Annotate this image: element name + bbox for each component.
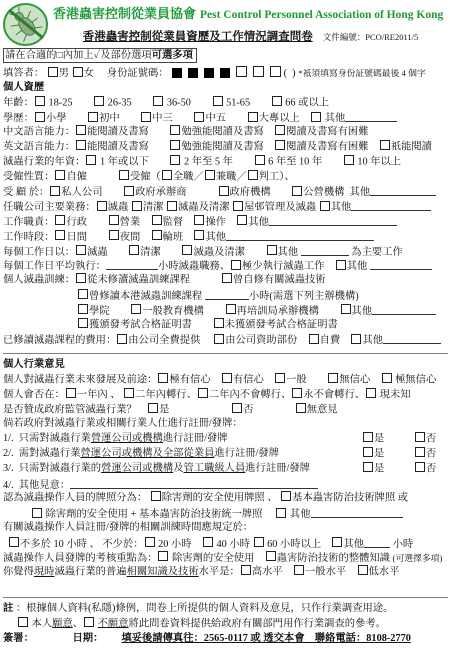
form-row: 你覺得現時滅蟲行業的普遍相關知識及技術水平是：高水平 一般水平 低水平 [3, 565, 448, 580]
label-text: 相關知識及技術 [127, 567, 199, 578]
fill-in-blank[interactable] [106, 258, 158, 270]
checkbox[interactable] [275, 125, 285, 135]
checkbox[interactable] [48, 67, 58, 77]
checkbox[interactable] [117, 334, 127, 344]
fill-in-blank[interactable] [205, 288, 249, 300]
label-text: 否 [426, 463, 436, 474]
checkbox[interactable] [309, 334, 319, 344]
label-text: 是 [374, 448, 384, 459]
checkbox[interactable] [132, 201, 142, 211]
label-text: 小學 [46, 113, 87, 124]
yes-option: 是 [362, 462, 414, 477]
checkbox[interactable] [76, 273, 86, 283]
label-text: 清潔 [143, 202, 166, 213]
checkbox[interactable] [233, 201, 243, 211]
checkbox[interactable] [153, 96, 163, 106]
label-text: 是 [374, 463, 384, 474]
label-text: 極有信心 [169, 374, 220, 385]
checkbox[interactable] [281, 491, 291, 501]
section-divider [3, 353, 448, 354]
label-text: 個人滅蟲訓練： [3, 275, 75, 286]
label-text: 有信心 [233, 374, 274, 385]
checkbox[interactable] [109, 215, 119, 225]
label-text: 已修讀滅蟲課程的費用： [3, 335, 116, 346]
label-text: 、 [73, 618, 83, 629]
checkbox[interactable] [296, 403, 306, 413]
id-digit-box-filled [220, 68, 230, 78]
checkbox[interactable] [292, 186, 302, 196]
fill-in-blank[interactable] [370, 184, 436, 196]
instruction-bold-text: 可選多項 [152, 50, 193, 61]
label-text: 獲頒發考試合格証明書 [89, 319, 213, 330]
checkbox[interactable] [198, 388, 208, 398]
label-text: 全職／ [173, 171, 204, 182]
label-text: 20 小時 [156, 539, 202, 550]
checkbox[interactable] [214, 334, 224, 344]
checkbox[interactable] [382, 373, 392, 383]
label-text: 一般水平 [305, 567, 356, 578]
fill-in-blank[interactable] [311, 506, 403, 518]
checkbox[interactable] [162, 170, 172, 180]
label-text: *衹須填寫身份証號碼最後 4 個字 [298, 68, 426, 78]
form-row: 個人行業意見 [3, 358, 448, 373]
form-row: 學院 一般教育機構 再培訓局承辦機構 其他 [3, 303, 448, 318]
checkbox[interactable] [328, 373, 338, 383]
form-row: 是否贊成政府監管滅蟲行業？ 是 否 無意見 [3, 403, 448, 418]
label-text: 51-65 [224, 97, 271, 108]
label-text: 你覺得 [3, 567, 34, 578]
label-text: 二年內不會轉行、 [209, 389, 291, 400]
label-text: 小時 [390, 539, 413, 550]
checkbox[interactable] [66, 388, 76, 398]
checkbox[interactable] [119, 170, 129, 180]
label-text: 其他 [205, 232, 226, 243]
label-text: 水平是： [199, 567, 240, 578]
label-text: 現未知 [377, 389, 410, 400]
form-row: 不多於 10 小時 、 不少於： 20 小時 40 小時 60 小時以上 其他 … [3, 536, 448, 551]
checkbox[interactable] [182, 245, 192, 255]
fill-in-blank[interactable] [269, 214, 397, 226]
label-text: 滅蟲 [87, 247, 128, 258]
question-text: 1/. 只需對滅蟲行業營運公司或機構進行註冊/發牌 [3, 432, 228, 447]
insect-icon [3, 3, 49, 47]
checkbox[interactable] [380, 140, 390, 150]
header: 香港蟲害控制從業員協會Pest Control Personnel Associ… [3, 2, 448, 63]
label-text: 任職公司主要業務： [3, 202, 96, 213]
label-text: 願意 [52, 618, 73, 629]
checkbox[interactable] [97, 201, 107, 211]
checkbox[interactable] [32, 508, 42, 518]
label-text: 工作職責： [3, 217, 54, 228]
label-text: 勉強能閱讀及書寫 [181, 141, 274, 152]
label-text: 個人會否在： [3, 389, 65, 400]
checkbox[interactable] [73, 67, 83, 77]
checkbox[interactable] [311, 112, 321, 122]
checkbox[interactable] [219, 186, 229, 196]
label-text: 除害劑的安全使用牌照 、 [162, 493, 280, 504]
checkbox[interactable] [213, 96, 223, 106]
label-text: 再培訓局承辦機構 [237, 306, 340, 317]
checkbox[interactable] [358, 565, 368, 575]
form-body: 填答者： 男 女 身份証號碼：( ) *衹須填寫身份証號碼最後 4 個字個人資歷… [3, 66, 448, 646]
id-digit-box-filled [204, 68, 214, 78]
checkbox[interactable] [231, 260, 241, 270]
form-row: 2/. 需對滅蟲行業營運公司或機構及全部從業員進行註冊/發牌是否 [3, 447, 448, 462]
checkbox[interactable] [94, 96, 104, 106]
checkbox[interactable] [78, 289, 88, 299]
label-text: 祇能閱讀 [391, 141, 432, 152]
label-text: 極少執行滅蟲工作 [242, 261, 335, 272]
form-row: 工作時段：日間 夜間 輪班 其他 [3, 229, 448, 244]
label-text: 無信心 [339, 374, 380, 385]
checkbox[interactable] [205, 170, 215, 180]
checkbox[interactable] [275, 373, 285, 383]
checkbox[interactable] [276, 508, 286, 518]
label-text: 私人公司 [61, 187, 123, 198]
doc-number: 文件編號：PCO/RE2011/5 [323, 32, 419, 42]
checkbox[interactable] [86, 155, 96, 165]
label-text: ( ) [284, 68, 299, 79]
spacer [3, 580, 448, 591]
label-text: 簽署： [3, 633, 29, 644]
label-text: 永不會轉行、 [303, 389, 365, 400]
label-text: 為主要工作 [349, 247, 403, 258]
checkbox[interactable] [363, 432, 373, 442]
label-text: 進行註冊/發牌 [214, 448, 279, 459]
checkbox[interactable] [248, 170, 258, 180]
label-text: 大專以上 [259, 113, 310, 124]
form-row: 簽署： 日期： 填妥後請傳真往：2565-0117 或 透交本會 聯絡電話：81… [3, 632, 448, 647]
checkbox[interactable] [214, 318, 224, 328]
form-row: 受 顧 於：私人公司 政府承辦商 政府機構 公營機構 其他 [3, 184, 448, 199]
checkbox[interactable] [78, 318, 88, 328]
label-text: 曾修讀本港滅蟲訓練課程 [89, 291, 205, 302]
fill-in-blank[interactable] [383, 332, 441, 344]
label-text: 有關滅蟲操作人員註冊/發牌的相關訓練時間應規定於： [3, 522, 253, 533]
label-text: 除害劑的安全使用 + 基本蟲害防治技術統一牌照 [43, 509, 275, 520]
checkbox[interactable] [9, 537, 19, 547]
label-text: 是 [374, 434, 384, 445]
label-text: 年齡： [3, 97, 34, 108]
checkbox[interactable] [76, 140, 86, 150]
label-text: 個人資歷 [3, 82, 44, 93]
id-digit-box-filled [172, 68, 182, 78]
checkbox[interactable] [50, 186, 60, 196]
label-text: 受 顧 於： [3, 187, 49, 198]
checkbox[interactable] [254, 537, 264, 547]
checkbox[interactable] [266, 551, 276, 561]
label-text: 操作 [205, 217, 236, 228]
fill-in-blank[interactable] [372, 303, 436, 315]
label-text: 曾自修有關滅蟲技術 [233, 275, 326, 286]
label-text: 小時(需選下列主辦機構) [249, 291, 359, 302]
label-text: 受僱性質： [3, 171, 54, 182]
label-text: 管工職級人員 [183, 463, 245, 474]
label-text: 其他 [343, 539, 364, 550]
label-text: 其他 [352, 306, 373, 317]
form-row: 3/. 只需對滅蟲行業的營運公司或機構及管工職級人員進行註冊/發牌是否 [3, 462, 448, 477]
label-text: 日期： [73, 633, 99, 644]
page-title: 香港蟲害控制從業員資歷及工作情況調查問卷 [83, 31, 313, 43]
checkbox[interactable] [152, 230, 162, 240]
checkbox[interactable] [18, 617, 28, 627]
checkbox[interactable] [194, 215, 204, 225]
label-text: 中五 [205, 113, 246, 124]
label-text: 60 小時以上 [265, 539, 332, 550]
label-text: 否 [426, 434, 436, 445]
checkbox[interactable] [148, 403, 158, 413]
id-digit-box[interactable] [270, 66, 281, 77]
form-row: 個人對滅蟲行業未來發展及前途：極有信心 有信心 一般 無信心 極無信心 [3, 373, 448, 388]
label-text: 個人行業意見 [3, 359, 65, 370]
label-text: 行政 [66, 217, 107, 228]
label-text: 自僱 [66, 171, 117, 182]
label-text: 兼職／ [216, 171, 247, 182]
label-text: 36-50 [164, 97, 211, 108]
form-row: 滅蟲行業的年資： 1 年或以下 2 年至 5 年 6 年至 10 年 10 年以… [3, 155, 448, 170]
checkbox[interactable] [55, 230, 65, 240]
label-text: 輪班 [163, 232, 194, 243]
label-text: 填妥後請傳真往：2565-0117 或 透交本會 聯絡電話：8108-2770 [121, 633, 410, 644]
checkbox[interactable] [336, 260, 346, 270]
label-text: 男 [59, 68, 72, 79]
label-text: 政府承辦商 [135, 187, 217, 198]
label-text: 其他 [287, 509, 310, 520]
org-name-zh: 香港蟲害控制從業員協會 [53, 6, 196, 21]
question-text: 3/. 只需對滅蟲行業的營運公司或機構及管工職級人員進行註冊/發牌 [3, 462, 310, 477]
fill-in-blank[interactable] [70, 477, 318, 489]
label-text: 1/. 只需對滅蟲行業 [3, 433, 91, 444]
label-text: 進行註冊/發牌 [163, 433, 228, 444]
label-text: 其他 [278, 247, 301, 258]
checkbox[interactable] [152, 215, 162, 225]
label-text: 由公司全費提供 [128, 335, 213, 346]
form-row: 英文語言能力：能閱讀及書寫 勉強能閱讀及書寫 閱讀及書寫有困難 祇能閱讀 [3, 140, 448, 155]
label-text: 一般 [286, 374, 327, 385]
form-row: 每個工作日平均執行：小時滅蟲職務、極少執行滅蟲工作 其他 [3, 258, 448, 273]
label-text: 填答者： [3, 68, 47, 79]
label-text: 基本蟲害防治技術牌照 或 [292, 493, 408, 504]
form-row: 4/. 其他見意： [3, 477, 448, 492]
form-row: 年齡： 18-25 26-35 36-50 51-65 66 或以上 [3, 96, 448, 111]
checkbox[interactable] [267, 245, 277, 255]
label-text: 倘若政府對滅蟲行業或相關行業人仕進行註冊/發牌： [3, 418, 243, 429]
checkbox[interactable] [129, 245, 139, 255]
form-row: 有關滅蟲操作人員註冊/發牌的相關訓練時間應規定於： [3, 521, 448, 536]
label-text: 每個工作日平均執行： [3, 261, 106, 272]
form-row: 工作職責：行政 營業 監督 操作 其他 [3, 214, 448, 229]
checkbox[interactable] [203, 537, 213, 547]
label-text: 工作時段： [3, 232, 54, 243]
label-text: 無意見 [307, 404, 338, 415]
form-row: 學歷：小學 初中 中三 中五 大專以上 其他 [3, 110, 448, 125]
label-text: 除害劑的安全使用 [169, 553, 264, 564]
checkbox[interactable] [78, 304, 88, 314]
label-text: 其他 [347, 261, 370, 272]
form-row: 1/. 只需對滅蟲行業營運公司或機構進行註冊/發牌是否 [3, 432, 448, 447]
checkbox[interactable] [341, 304, 351, 314]
checkbox[interactable] [158, 373, 168, 383]
label-text: 低水平 [369, 567, 400, 578]
fill-in-blank[interactable] [364, 536, 390, 548]
label-text: 學歷： [3, 113, 34, 124]
org-name-line: 香港蟲害控制從業員協會Pest Control Personnel Associ… [53, 2, 448, 23]
label-text: 3/. 只需對滅蟲行業的 [3, 463, 101, 474]
checkbox[interactable] [415, 432, 425, 442]
label-text: 每個工作日以： [3, 247, 75, 258]
checkbox[interactable] [151, 491, 161, 501]
label-text: 營運公司或機構 [91, 433, 163, 444]
checkbox[interactable] [241, 565, 251, 575]
label-text: 2/. 需對滅蟲行業 [3, 448, 81, 459]
checkbox[interactable] [248, 112, 258, 122]
checkbox[interactable] [363, 447, 373, 457]
label-text: 是否贊成政府監管滅蟲行業？ [3, 404, 147, 415]
label-text: 夜間 [120, 232, 151, 243]
label-text: 其他 [331, 202, 352, 213]
checkbox[interactable] [292, 388, 302, 398]
label-text: 營運公司或機構 [101, 463, 173, 474]
form-row: 填答者： 男 女 身份証號碼：( ) *衹須填寫身份証號碼最後 4 個字 [3, 66, 448, 81]
fill-in-blank[interactable] [301, 244, 349, 256]
checkbox[interactable] [88, 112, 98, 122]
fill-in-blank[interactable] [370, 258, 432, 270]
checkbox[interactable] [320, 201, 330, 211]
checkbox[interactable] [124, 388, 134, 398]
org-name-en: Pest Control Personnel Association of Ho… [200, 9, 443, 21]
checkbox[interactable] [194, 230, 204, 240]
fill-in-blank[interactable] [345, 110, 397, 122]
questionnaire-page: 香港蟲害控制從業員協會Pest Control Personnel Associ… [3, 2, 448, 646]
checkbox[interactable] [76, 125, 86, 135]
checkbox[interactable] [255, 155, 265, 165]
fill-in-blank[interactable] [226, 229, 374, 241]
label-text: 26-35 [105, 97, 152, 108]
checkbox[interactable] [226, 304, 236, 314]
checkbox[interactable] [222, 373, 232, 383]
checkbox[interactable] [158, 551, 168, 561]
label-text: 公營機構 其他 [303, 187, 370, 198]
label-text: 滅蟲及清潔 [193, 247, 265, 258]
label-text: 本人 [29, 618, 52, 629]
label-text: 是 [159, 404, 231, 415]
label-text: 其他 [248, 217, 269, 228]
label-text: 勉強能閱讀及書寫 [181, 127, 274, 138]
form-row: 曾修讀本港滅蟲訓練課程 小時(需選下列主辦機構) [3, 288, 448, 303]
checkbox[interactable] [366, 388, 376, 398]
checkbox[interactable] [55, 215, 65, 225]
label-text: 滅蟲及清潔 [178, 202, 232, 213]
label-text: 18-25 [46, 97, 93, 108]
label-text: 不願意 [98, 618, 129, 629]
checkbox[interactable] [170, 155, 180, 165]
yes-option: 是 [362, 432, 414, 447]
label-text: 監督 [163, 217, 194, 228]
checkbox[interactable] [167, 201, 177, 211]
checkbox[interactable] [332, 537, 342, 547]
association-logo [3, 3, 49, 52]
fill-in-blank[interactable] [351, 199, 431, 211]
checkbox[interactable] [415, 462, 425, 472]
form-row: 獲頒發考試合格証明書 未獲頒發考試合格証明書 [3, 318, 448, 333]
title-line: 香港蟲害控制從業員資歷及工作情況調查問卷文件編號：PCO/RE2011/5 [53, 29, 448, 44]
label-text: 蟲害防治技術的整體知識 [277, 553, 393, 564]
question-text: 2/. 需對滅蟲行業營運公司或機構及全部從業員進行註冊/發牌 [3, 447, 279, 462]
id-digit-box[interactable] [253, 66, 264, 77]
label-text: 自費 [320, 335, 351, 346]
checkbox[interactable] [194, 112, 204, 122]
checkbox[interactable] [131, 304, 141, 314]
checkbox[interactable] [109, 230, 119, 240]
label-text: 屋邨管理及滅蟲 [244, 202, 319, 213]
checkbox[interactable] [170, 125, 180, 135]
label-text: 及 [173, 463, 183, 474]
label-text: 滅蟲 [108, 202, 131, 213]
label-text: 66 或以上 [283, 97, 329, 108]
form-row: 已修讀滅蟲課程的費用：由公司全費提供 由公司資助部份 自費 其他 [3, 332, 448, 347]
checkbox[interactable] [35, 112, 45, 122]
checkbox[interactable] [84, 617, 94, 627]
form-row: 滅蟲操作人員發牌的考核重點為： 除害劑的安全使用 蟲害防治技術的整體知識 (可選… [3, 551, 448, 566]
label-text: 二年內轉行、 [135, 389, 197, 400]
checkbox[interactable] [363, 462, 373, 472]
label-text: 一年內 、 [77, 389, 123, 400]
form-row: 個人資歷 [3, 81, 448, 96]
yes-option: 是 [362, 447, 414, 462]
label-text: (可選擇多項) [393, 553, 443, 563]
label-text: 女 身份証號碼： [84, 68, 169, 79]
checkbox[interactable] [124, 186, 134, 196]
checkbox[interactable] [141, 112, 151, 122]
checkbox[interactable] [351, 334, 361, 344]
form-row: 認為滅蟲操作人員的牌照分為： 除害劑的安全使用牌照 、 基本蟲害防治技術牌照 或 [3, 491, 448, 506]
label-text: 40 小時 [214, 539, 253, 550]
checkbox[interactable] [55, 170, 65, 180]
checkbox[interactable] [272, 96, 282, 106]
label-text: 能閱讀及書寫 [87, 141, 169, 152]
checkbox[interactable] [170, 140, 180, 150]
header-text: 香港蟲害控制從業員協會Pest Control Personnel Associ… [53, 2, 448, 44]
checkbox[interactable] [415, 447, 425, 457]
form-row: 個人會否在：一年內 、 二年內轉行、二年內不會轉行、永不會轉行、 現未知 [3, 388, 448, 403]
checkbox[interactable] [275, 140, 285, 150]
form-row: 中文語言能力：能閱讀及書寫 勉強能閱讀及書寫 閱讀及書寫有困難 [3, 125, 448, 140]
checkbox[interactable] [294, 565, 304, 575]
label-text: 從未修讀滅蟲訓練課程 [87, 275, 221, 286]
label-text: 初中 [99, 113, 140, 124]
checkbox[interactable] [237, 215, 247, 225]
label-text: 4/. 其他見意： [3, 480, 70, 491]
label-text: 營運公司或機構及全部從業員 [81, 448, 215, 459]
label-text: 高水平 [252, 567, 293, 578]
label-text: ：根據個人資料(私隱)條例，問卷上所提供的個人資料及意見，只作行業調查用途。 [13, 603, 393, 614]
checkbox[interactable] [222, 273, 232, 283]
label-text: 不多於 10 小時 、 不少於： [20, 539, 144, 550]
id-digit-box[interactable] [236, 66, 247, 77]
label-text: 極無信心 [393, 374, 437, 385]
checkbox[interactable] [76, 245, 86, 255]
label-text [29, 633, 73, 644]
no-option: 否 [414, 447, 448, 462]
checkbox[interactable] [344, 155, 354, 165]
checkbox[interactable] [35, 96, 45, 106]
label-text: 滅蟲行業的年資： [3, 156, 85, 167]
section-divider [3, 597, 448, 598]
label-text: 否 [243, 404, 294, 415]
checkbox[interactable] [145, 537, 155, 547]
label-text: 滅蟲行業的普遍 [54, 567, 126, 578]
checkbox[interactable] [232, 403, 242, 413]
